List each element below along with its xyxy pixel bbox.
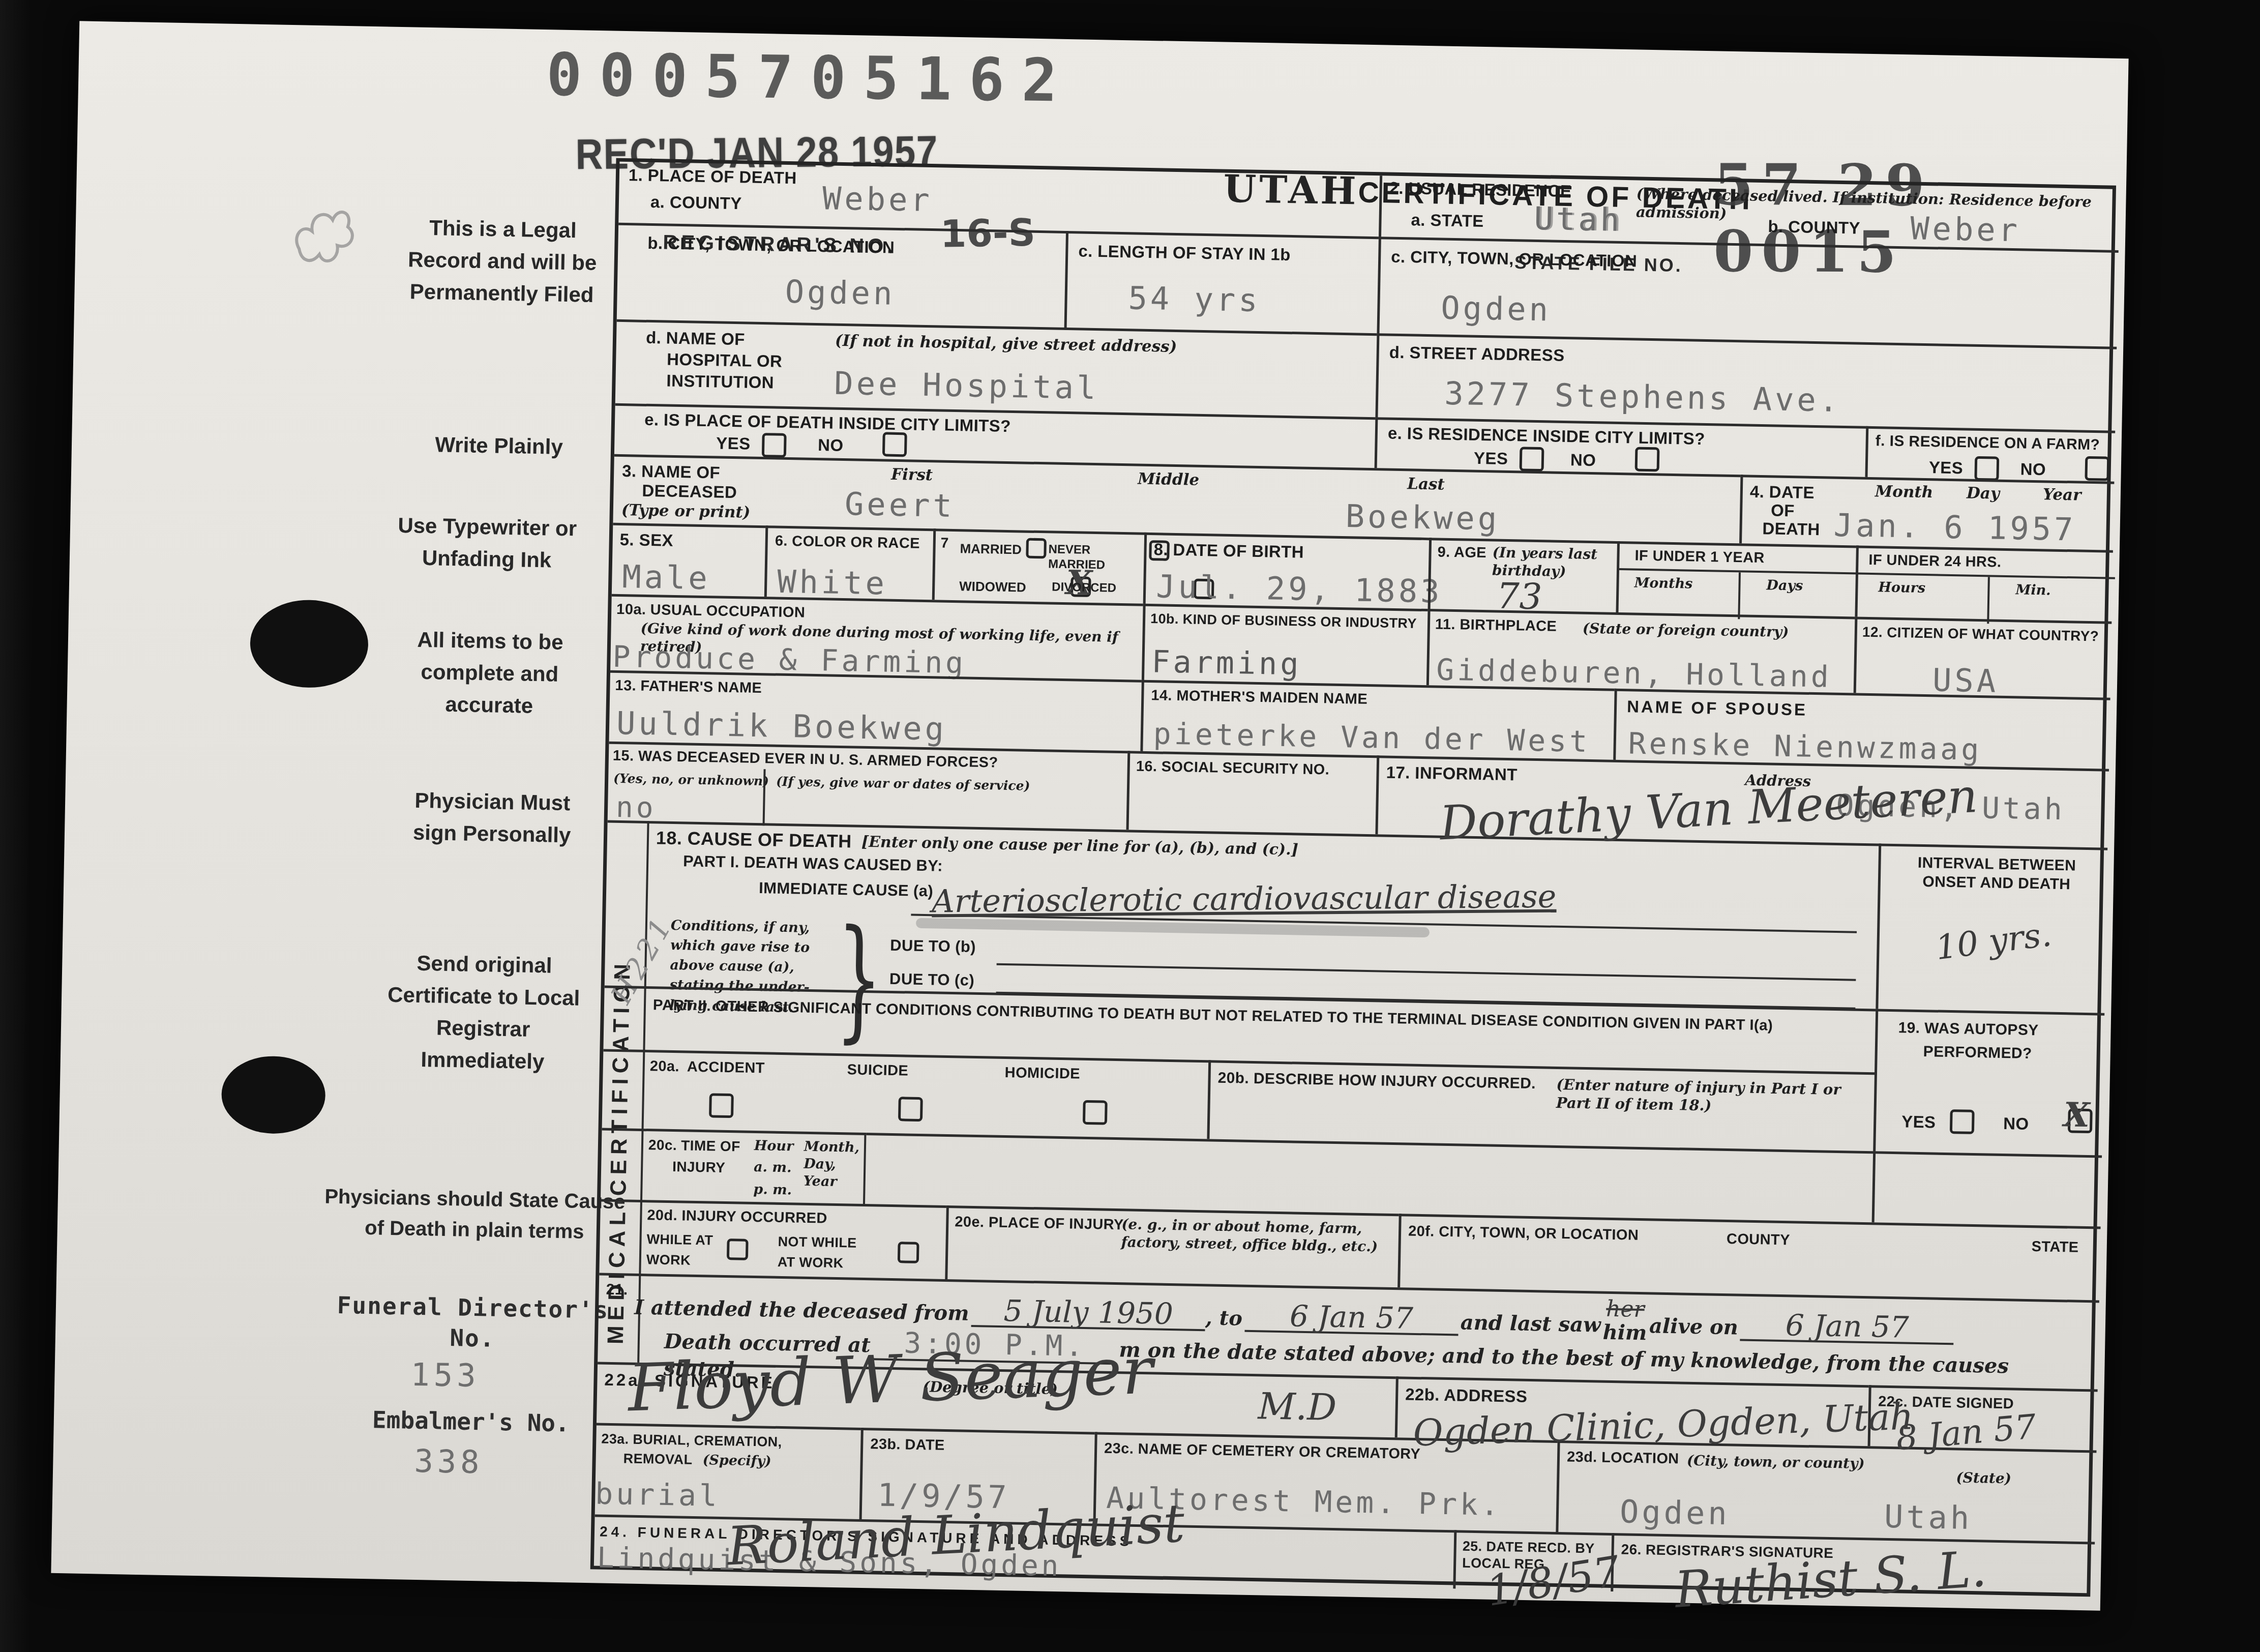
- homicide-checkbox[interactable]: [1083, 1100, 1108, 1125]
- field-23a-note: (Specify): [702, 1452, 771, 1470]
- pm-label: p. m.: [753, 1181, 792, 1199]
- interval-value[interactable]: 10 yrs.: [1934, 918, 2054, 965]
- field-23d-label: 23d. LOCATION: [1567, 1448, 1679, 1468]
- field-10a-label: 10a. USUAL OCCUPATION: [616, 601, 806, 622]
- field-1c-label: c. LENGTH OF STAY IN 1b: [1078, 241, 1291, 265]
- film-number-stamp: 0005705162: [546, 41, 1075, 115]
- field-7-marital-status: 7 MARRIED NEVER MARRIED WIDOWED X DIVORC…: [932, 528, 1144, 604]
- field-23d-location: 23d. LOCATION (City, town, or county) (S…: [1556, 1440, 2096, 1542]
- field-2e-city-limits: e. IS RESIDENCE INSIDE CITY LIMITS? YES …: [1375, 417, 1866, 477]
- interval-column: INTERVAL BETWEEN ONSET AND DEATH 10 yrs.: [1876, 843, 2107, 1013]
- embalmers-no-value: 338: [414, 1442, 484, 1481]
- field-15-note1: (Yes, no, or unknown): [613, 771, 769, 789]
- struck-her: her: [1603, 1298, 1647, 1321]
- field-20b-describe-injury: 20b. DESCRIBE HOW INJURY OCCURRED. (Ente…: [1207, 1060, 1875, 1151]
- attended-to-underline[interactable]: 6 Jan 57: [1244, 1301, 1459, 1336]
- field-9-under-1-year: IF UNDER 1 YEAR Months Days: [1616, 541, 1856, 617]
- margin-note-typewriter: Use Typewriter or Unfading Ink: [354, 508, 620, 577]
- punch-hole-top: [249, 599, 369, 689]
- due-to-b-label: DUE TO (b): [890, 936, 976, 957]
- margin-note-legal-record: This is a Legal Record and will be Perma…: [400, 211, 605, 311]
- funeral-directors-no-label: Funeral Director's No.: [309, 1290, 636, 1356]
- field-1e-label: e. IS PLACE OF DEATH INSIDE CITY LIMITS?: [644, 409, 1011, 436]
- field-11-label: 11. BIRTHPLACE: [1435, 615, 1557, 636]
- field-12-value[interactable]: USA: [1932, 663, 1999, 697]
- field-19-no-label: NO: [2003, 1113, 2029, 1134]
- statement-line1b: and last saw: [1460, 1311, 1601, 1337]
- field-23d-state-value[interactable]: Utah: [1884, 1500, 1972, 1535]
- field-4-label2: OF: [1771, 500, 1795, 521]
- field-4-value[interactable]: Jan. 6 1957: [1833, 509, 2076, 546]
- field-1e-yes-checkbox[interactable]: [762, 433, 787, 458]
- under-1-year-label: IF UNDER 1 YEAR: [1634, 547, 1765, 568]
- field-2b-label: b. COUNTY: [1768, 216, 1860, 239]
- film-scan-background: 0005705162 REC'D JAN 28 1957 REGISTRAR'S…: [0, 0, 2260, 1652]
- field-7-married-checkbox[interactable]: [1026, 538, 1047, 559]
- field-20e-place-of-injury: 20e. PLACE OF INJURY (e. g., in or about…: [945, 1205, 1399, 1287]
- field-20b-label: 20b. DESCRIBE HOW INJURY OCCURRED.: [1217, 1069, 1536, 1094]
- field-1e-no-checkbox[interactable]: [882, 432, 907, 457]
- field-3-first-value[interactable]: Geert: [845, 487, 956, 522]
- field-20a-num: 20a.: [649, 1057, 679, 1076]
- field-7-married-label: MARRIED: [960, 541, 1022, 557]
- embalmers-no-label: Embalmer's No.: [308, 1405, 634, 1438]
- certificate-paper: 0005705162 REC'D JAN 28 1957 REGISTRAR'S…: [51, 21, 2128, 1610]
- immediate-cause-label: IMMEDIATE CAUSE (a): [759, 878, 934, 901]
- field-spouse-value[interactable]: Renske Nienwzmaag: [1628, 728, 1982, 765]
- field-1c-value[interactable]: 54 yrs: [1128, 281, 1261, 317]
- physician-signature[interactable]: Floyd W Seager: [627, 1338, 1154, 1421]
- field-18-note: [Enter only one cause per line for (a), …: [861, 833, 1299, 860]
- field-10b-label: 10b. KIND OF BUSINESS OR INDUSTRY: [1150, 610, 1417, 632]
- field-2b-value[interactable]: Weber: [1910, 212, 2021, 247]
- accident-label: ACCIDENT: [687, 1058, 765, 1078]
- field-5-label: 5. SEX: [619, 529, 673, 551]
- part1-label: PART I. DEATH WAS CAUSED BY:: [683, 851, 943, 875]
- field-21-num: 21.: [606, 1281, 628, 1300]
- last-saw-underline[interactable]: 6 Jan 57: [1740, 1310, 1954, 1345]
- homicide-label: HOMICIDE: [1004, 1064, 1080, 1083]
- field-20d-injury-occurred: 20d. INJURY OCCURRED WHILE AT WORK NOT W…: [599, 1199, 946, 1279]
- margin-note-write-plainly: Write Plainly: [377, 427, 621, 464]
- field-9-value[interactable]: 73: [1496, 578, 1542, 615]
- field-20a-accident-suicide-homicide: 20a. ACCIDENT SUICIDE HOMICIDE: [602, 1049, 1209, 1139]
- accident-checkbox[interactable]: [709, 1093, 734, 1118]
- margin-note-physician-sign: Physician Must sign Personally: [390, 784, 594, 851]
- field-4-date-of-death: 4. DATE OF DEATH Month Day Year Jan. 6 1…: [1739, 475, 2114, 550]
- row13-right-filler: [1872, 1151, 2102, 1226]
- month-day-year-label: Month, Day, Year: [803, 1138, 865, 1191]
- field-11-birthplace: 11. BIRTHPLACE (State or foreign country…: [1426, 609, 1855, 693]
- due-to-c-label: DUE TO (c): [889, 969, 975, 990]
- field-5-sex: 5. SEX Male: [612, 523, 766, 597]
- field-20b-note: (Enter nature of injury in Part I or Par…: [1556, 1075, 1871, 1118]
- field-23d-note: (City, town, or county): [1687, 1452, 1865, 1472]
- field-11-note: (State or foreign country): [1583, 619, 1789, 641]
- not-while-label2: AT WORK: [778, 1254, 844, 1272]
- certificate-form: 1. PLACE OF DEATH a. COUNTY Weber 2. USU…: [590, 158, 2116, 1597]
- funeral-directors-no-value: 153: [410, 1356, 480, 1394]
- field-20f-state-label: STATE: [2031, 1238, 2078, 1257]
- field-8-label: 8. DATE OF BIRTH: [1153, 539, 1304, 563]
- hour-label: Hour: [754, 1137, 794, 1155]
- field-2f-yes-label: YES: [1928, 457, 1963, 478]
- field-20c-label1: 20c. TIME OF: [648, 1136, 740, 1155]
- field-2e-yes-label: YES: [1474, 448, 1508, 469]
- field-20f-label: 20f. CITY, TOWN, OR LOCATION: [1408, 1223, 1639, 1245]
- field-8-value[interactable]: Jul. 29, 1883: [1156, 570, 1443, 608]
- field-2c-value[interactable]: Ogden: [1441, 291, 1552, 326]
- field-2c-city: c. CITY, TOWN, OR LOCATION Ogden: [1377, 237, 2118, 347]
- field-3-note: (Type or print): [621, 500, 750, 522]
- field-3-last-label: Last: [1407, 474, 1445, 494]
- field-19-yes-label: YES: [1901, 1111, 1936, 1132]
- field-2d-value[interactable]: 3277 Stephens Ave.: [1444, 377, 1841, 417]
- field-19-label2: PERFORMED?: [1923, 1043, 2032, 1064]
- field-25-date-received: 25. DATE RECD. BY LOCAL REG. 1/8/57: [1453, 1530, 1612, 1591]
- pencil-scribble: [288, 188, 361, 276]
- field-3-last-value[interactable]: Boekweg: [1345, 499, 1500, 536]
- field-17-label: 17. INFORMANT: [1386, 762, 1518, 785]
- field-22b-label: 22b. ADDRESS: [1405, 1384, 1528, 1407]
- field-2a-label: a. STATE: [1411, 210, 1484, 231]
- field-23d-state-note: (State): [1956, 1468, 2011, 1487]
- field-23a-value[interactable]: burial: [595, 1478, 721, 1511]
- informant-signature[interactable]: Dorathy Van Meeteren: [1439, 773, 1979, 847]
- field-2-title: 2. USUAL RESIDENCE: [1389, 178, 1571, 202]
- field-12-label: 12. CITIZEN OF WHAT COUNTRY?: [1862, 624, 2099, 645]
- field-2a-value[interactable]: Utah: [1534, 202, 1622, 237]
- field-3-first-label: First: [891, 465, 933, 485]
- field-1a-value[interactable]: Weber: [822, 182, 933, 217]
- statement-line1c: alive on: [1649, 1314, 1739, 1339]
- field-2f-label: f. IS RESIDENCE ON A FARM?: [1875, 432, 2100, 455]
- cause-a-value[interactable]: Arteriosclerotic cardiovascular disease: [932, 881, 1557, 918]
- field-spouse: NAME OF SPOUSE Renske Nienwzmaag: [1613, 689, 2110, 769]
- field-5-value[interactable]: Male: [622, 560, 710, 595]
- field-2e-no-label: NO: [1570, 450, 1596, 470]
- field-20d-label: 20d. INJURY OCCURRED: [647, 1206, 827, 1228]
- field-19-no-x-mark: X: [2063, 1098, 2090, 1132]
- while-at-work-label1: WHILE AT: [646, 1231, 713, 1249]
- field-1d-label2: HOSPITAL OR: [667, 349, 783, 372]
- field-1b-value[interactable]: Ogden: [785, 275, 896, 310]
- field-6-label: 6. COLOR OR RACE: [775, 533, 920, 553]
- field-1d-label3: INSTITUTION: [666, 371, 774, 393]
- margin-note-plain-terms: Physicians should State Cause of Death i…: [311, 1181, 638, 1248]
- field-1b-label: b. CITY, TOWN, OR LOCATION: [647, 233, 895, 258]
- statement-to-word: , to: [1205, 1306, 1243, 1330]
- days-label: Days: [1766, 577, 1803, 595]
- suicide-label: SUICIDE: [847, 1061, 908, 1080]
- field-20e-note: (e. g., in or about home, farm, factory,…: [1121, 1215, 1396, 1256]
- field-7-divorced-label: DIVORCED: [1052, 580, 1116, 596]
- field-9-under-24-hrs: IF UNDER 24 HRS. Hours Min.: [1855, 546, 2113, 622]
- field-10b-industry: 10b. KIND OF BUSINESS OR INDUSTRY Farmin…: [1142, 604, 1428, 685]
- field-15-value[interactable]: no: [616, 793, 657, 823]
- field-14-value[interactable]: pieterke Van der West: [1153, 718, 1590, 757]
- field-18-title: 18. CAUSE OF DEATH: [656, 827, 852, 852]
- punch-hole-bottom: [221, 1055, 326, 1135]
- under-24-hrs-label: IF UNDER 24 HRS.: [1868, 551, 2002, 572]
- months-label: Months: [1634, 575, 1692, 593]
- attended-to-value: 6 Jan 57: [1290, 1299, 1414, 1335]
- field-19-yes-checkbox[interactable]: [1950, 1109, 1975, 1134]
- field-23c-label: 23c. NAME OF CEMETERY OR CREMATORY: [1104, 1440, 1421, 1464]
- field-19-label1: 19. WAS AUTOPSY: [1898, 1019, 2039, 1040]
- field-spouse-label: NAME OF SPOUSE: [1627, 696, 1808, 720]
- field-2f-no-label: NO: [2020, 459, 2046, 480]
- field-2e-label: e. IS RESIDENCE INSIDE CITY LIMITS?: [1388, 423, 1706, 450]
- field-15-armed-forces: 15. WAS DECEASED EVER IN U. S. ARMED FOR…: [608, 742, 1128, 830]
- field-7-never-married-label: NEVER MARRIED: [1048, 542, 1144, 573]
- field-12-citizen: 12. CITIZEN OF WHAT COUNTRY? USA: [1854, 617, 2112, 698]
- field-19-autopsy: 19. WAS AUTOPSY PERFORMED? YES NO X: [1873, 1009, 2104, 1155]
- field-10a-occupation: 10a. USUAL OCCUPATION (Give kind of work…: [610, 594, 1143, 680]
- field-20c-label2: INJURY: [672, 1158, 726, 1176]
- field-2c-label: c. CITY, TOWN, OR LOCATION: [1391, 247, 1638, 272]
- field-8-date-of-birth: 8. DATE OF BIRTH Jul. 29, 1883: [1143, 533, 1429, 609]
- am-label: a. m.: [754, 1159, 792, 1176]
- not-while-checkbox[interactable]: [898, 1242, 919, 1263]
- due-to-b-line: [997, 963, 1856, 981]
- field-18-cause-of-death: 18. CAUSE OF DEATH [Enter only one cause…: [605, 820, 1879, 1009]
- field-1a-label: a. COUNTY: [650, 192, 742, 214]
- field-26-registrar-signature: 26. REGISTRAR'S SIGNATURE Ruthist S. L.: [1611, 1533, 2095, 1600]
- field-10b-value[interactable]: Farming: [1151, 646, 1302, 681]
- field-15-label: 15. WAS DECEASED EVER IN U. S. ARMED FOR…: [613, 747, 998, 772]
- margin-note-complete: All items to be complete and accurate: [382, 623, 597, 723]
- field-22b-address: 22b. ADDRESS Ogden Clinic, Ogden, Utah: [1395, 1376, 1869, 1446]
- field-6-color-or-race: 6. COLOR OR RACE White: [764, 525, 934, 600]
- field-7-widowed-label: WIDOWED: [959, 578, 1026, 596]
- while-at-work-checkbox[interactable]: [727, 1238, 749, 1260]
- while-at-work-label2: WORK: [646, 1251, 691, 1269]
- field-14-label: 14. MOTHER'S MAIDEN NAME: [1151, 687, 1367, 709]
- field-23d-city-value[interactable]: Ogden: [1620, 1495, 1731, 1530]
- field-9-age: 9. AGE (In years last birthday) 73: [1428, 538, 1618, 612]
- field-4-year-label: Year: [2043, 485, 2081, 505]
- field-20f-county-label: COUNTY: [1727, 1230, 1790, 1250]
- not-while-label1: NOT WHILE: [778, 1233, 857, 1252]
- field-13-label: 13. FATHER'S NAME: [615, 677, 762, 698]
- field-1b-city: b. CITY, TOWN, OR LOCATION Ogden: [617, 223, 1066, 328]
- field-20f-location: 20f. CITY, TOWN, OR LOCATION COUNTY STAT…: [1397, 1214, 2100, 1300]
- field-20e-label: 20e. PLACE OF INJURY: [955, 1213, 1124, 1234]
- field-23a-burial: 23a. BURIAL, CREMATION, REMOVAL (Specify…: [595, 1423, 861, 1519]
- field-2e-no-checkbox[interactable]: [1635, 447, 1660, 472]
- field-1-title: 1. PLACE OF DEATH: [629, 165, 797, 188]
- field-15-note2: (If yes, give war or dates of service): [776, 774, 1102, 795]
- margin-note-send-original: Send original Certificate to Local Regis…: [375, 946, 591, 1078]
- last-saw-value: 6 Jan 57: [1785, 1308, 1909, 1344]
- field-1e-no-label: NO: [818, 435, 844, 456]
- field-16-label: 16. SOCIAL SECURITY NO.: [1136, 758, 1329, 779]
- hours-label: Hours: [1878, 579, 1925, 597]
- field-6-value[interactable]: White: [777, 565, 888, 600]
- field-3-title1: 3. NAME OF: [622, 461, 721, 483]
- field-17-informant: 17. INFORMANT Address Dorathy Van Meeter…: [1375, 755, 2109, 847]
- field-2f-no-checkbox[interactable]: [2085, 456, 2110, 481]
- attended-from-underline[interactable]: 5 July 1950: [971, 1295, 1206, 1331]
- field-1c-length-of-stay: c. LENGTH OF STAY IN 1b 54 yrs: [1064, 231, 1379, 333]
- interval-label: INTERVAL BETWEEN ONSET AND DEATH: [1895, 853, 2099, 895]
- field-20c-time-of-injury: 20c. TIME OF INJURY Hour a. m. p. m. Mon…: [601, 1128, 866, 1204]
- field-1d-label1: d. NAME OF: [646, 328, 745, 350]
- min-label: Min.: [2015, 581, 2051, 599]
- suicide-checkbox[interactable]: [898, 1097, 923, 1122]
- field-19-no-checkbox[interactable]: X: [2068, 1108, 2093, 1133]
- field-2d-street-address: d. STREET ADDRESS 3277 Stephens Ave.: [1375, 333, 2117, 431]
- field-1d-hospital: d. NAME OF HOSPITAL OR INSTITUTION (If n…: [615, 319, 1377, 417]
- field-1d-value[interactable]: Dee Hospital: [834, 367, 1099, 405]
- field-4-label3: DEATH: [1762, 518, 1820, 540]
- field-1e-yes-label: YES: [716, 433, 751, 454]
- field-9-label: 9. AGE: [1437, 543, 1486, 562]
- field-2e-yes-checkbox[interactable]: [1520, 447, 1544, 471]
- field-13-father: 13. FATHER'S NAME Uuldrik Boekweg: [609, 670, 1142, 751]
- field-2-note: (Where deceased lived. If institution: R…: [1636, 184, 2115, 230]
- field-2f-farm: f. IS RESIDENCE ON A FARM? YES NO: [1865, 426, 2115, 482]
- cause-a-smudge: [916, 918, 1430, 938]
- field-23a-label2: REMOVAL: [623, 1450, 692, 1468]
- field-2d-label: d. STREET ADDRESS: [1389, 342, 1564, 366]
- field-16-ssn: 16. SOCIAL SECURITY NO.: [1126, 751, 1377, 834]
- field-2f-yes-checkbox[interactable]: [1974, 456, 1999, 481]
- field-1d-note: (If not in hospital, give street address…: [835, 331, 1177, 357]
- field-13-value[interactable]: Uuldrik Boekweg: [616, 706, 947, 746]
- field-14-mother: 14. MOTHER'S MAIDEN NAME pieterke Van de…: [1140, 680, 1614, 760]
- field-4-month-label: Month: [1875, 482, 1934, 503]
- field-23a-label1: 23a. BURIAL, CREMATION,: [601, 1431, 782, 1451]
- field-4-day-label: Day: [1967, 483, 2000, 504]
- field-23b-label: 23b. DATE: [870, 1435, 945, 1455]
- physician-degree: M.D: [1258, 1388, 1337, 1426]
- statement-line1a: I attended the deceased from: [634, 1295, 969, 1325]
- field-3-title2: DECEASED: [642, 481, 737, 503]
- attended-from-value: 5 July 1950: [1003, 1293, 1174, 1331]
- field-3-middle-label: Middle: [1138, 469, 1200, 490]
